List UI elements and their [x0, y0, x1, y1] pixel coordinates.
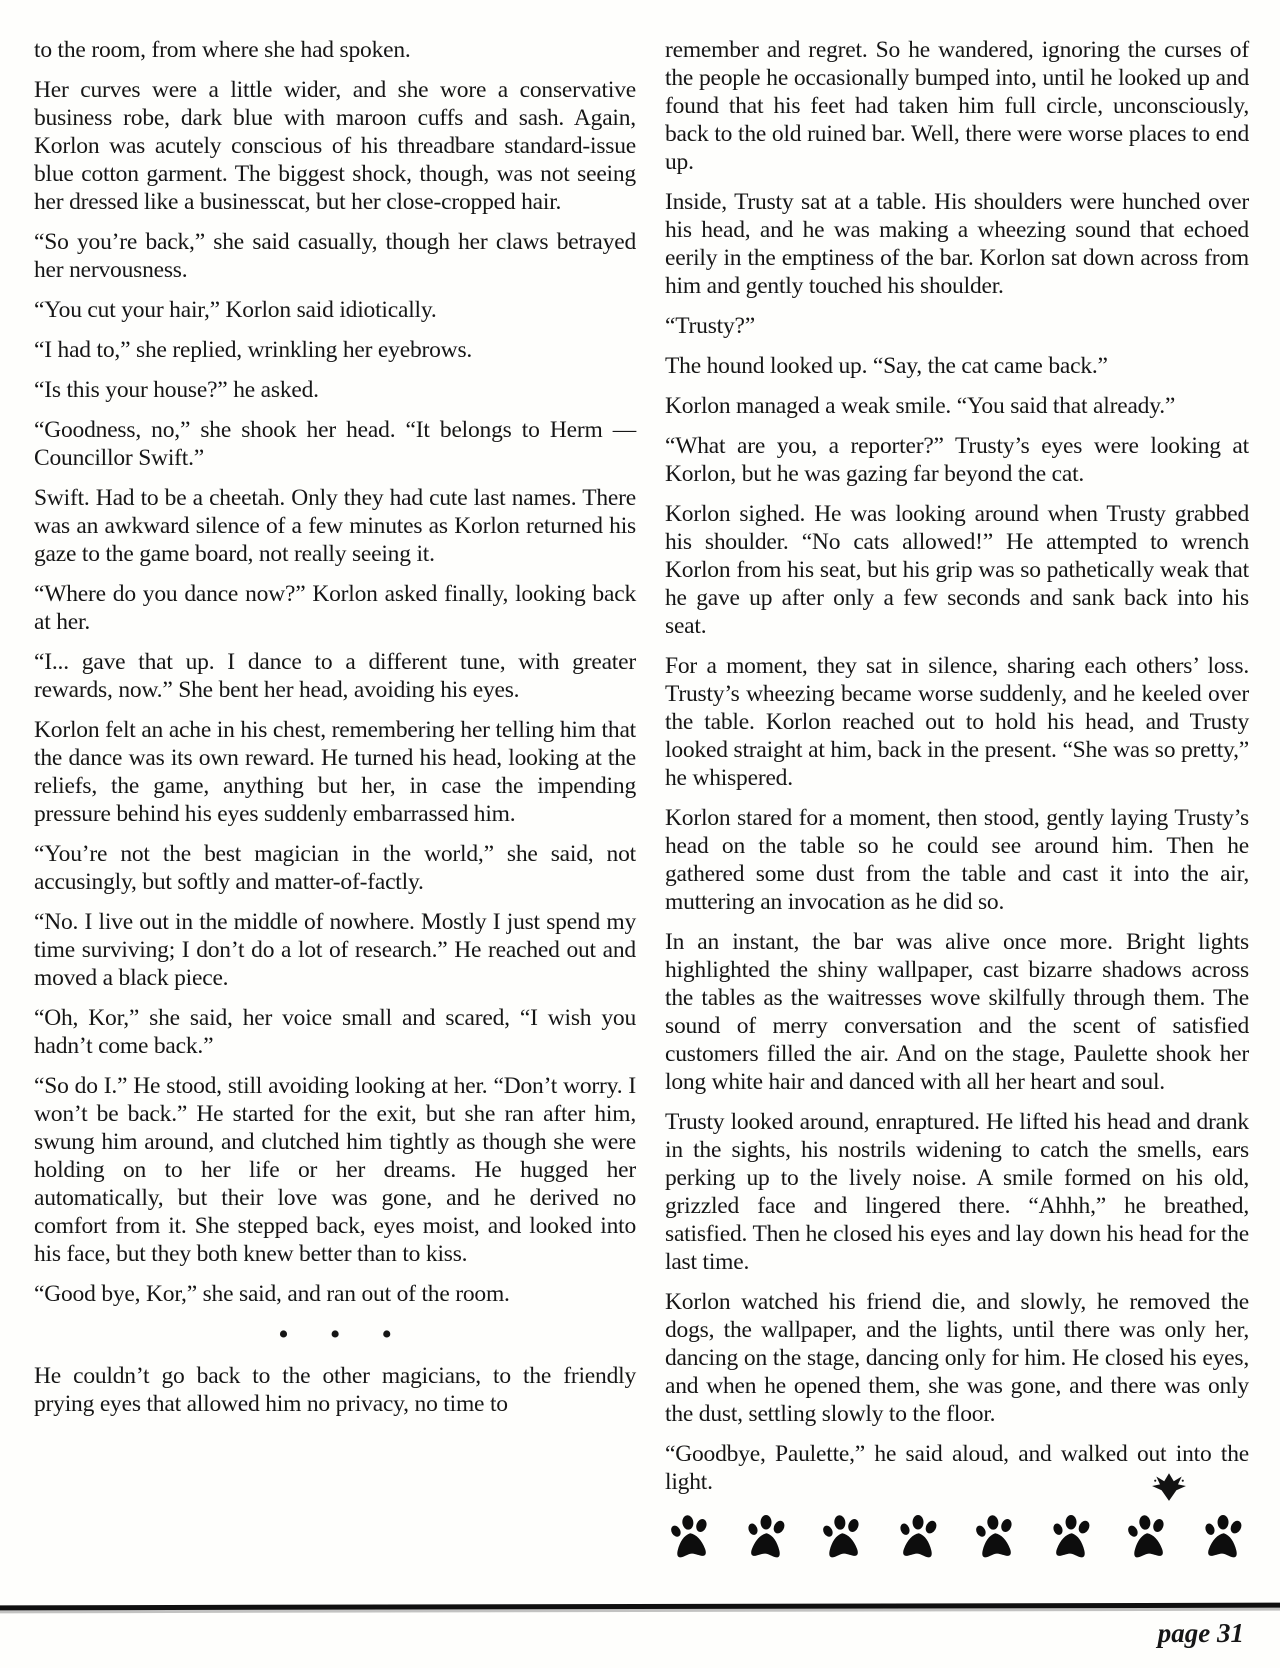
paw-print-icon — [1048, 1512, 1095, 1564]
paragraph: Korlon watched his friend die, and slowl… — [665, 1288, 1249, 1428]
paragraph: “Good bye, Kor,” she said, and ran out o… — [34, 1280, 636, 1308]
paragraph: “Goodness, no,” she shook her head. “It … — [34, 416, 636, 472]
right-column: remember and regret. So he wandered, ign… — [665, 36, 1249, 1564]
right-column-paragraphs: remember and regret. So he wandered, ign… — [665, 36, 1249, 1428]
paragraph: “So do I.” He stood, still avoiding look… — [34, 1072, 636, 1268]
paragraph: “Oh, Kor,” she said, her voice small and… — [34, 1004, 636, 1060]
paw-print-icon — [667, 1512, 714, 1564]
paragraph: “No. I live out in the middle of nowhere… — [34, 908, 636, 992]
paw-print-icon — [972, 1512, 1019, 1564]
paragraph: “I had to,” she replied, wrinkling her e… — [34, 336, 636, 364]
paw-print-icon — [1124, 1512, 1171, 1564]
paragraph: Inside, Trusty sat at a table. His shoul… — [665, 188, 1249, 300]
paw-print-icon — [819, 1512, 866, 1564]
paragraph: Trusty looked around, enraptured. He lif… — [665, 1108, 1249, 1276]
paragraph: Swift. Had to be a cheetah. Only they ha… — [34, 484, 636, 568]
section-separator-dots: • • • — [34, 1320, 636, 1350]
paragraph: “You cut your hair,” Korlon said idiotic… — [34, 296, 636, 324]
paragraph: “Where do you dance now?” Korlon asked f… — [34, 580, 636, 636]
paragraph: “You’re not the best magician in the wor… — [34, 840, 636, 896]
paragraph: Korlon felt an ache in his chest, rememb… — [34, 716, 636, 828]
footer-rule — [0, 1603, 1280, 1611]
paragraph: Korlon managed a weak smile. “You said t… — [665, 392, 1249, 420]
page-number: page 31 — [1158, 1618, 1244, 1649]
bat-end-mark-icon — [1151, 1470, 1187, 1502]
paragraph: The hound looked up. “Say, the cat came … — [665, 352, 1249, 380]
paragraph: “I... gave that up. I dance to a differe… — [34, 648, 636, 704]
paragraph: to the room, from where she had spoken. — [34, 36, 636, 64]
paw-print-icon — [1200, 1512, 1247, 1564]
paragraph: For a moment, they sat in silence, shari… — [665, 652, 1249, 792]
final-paragraph-row: “Goodbye, Paulette,” he said aloud, and … — [665, 1440, 1249, 1496]
text-columns: to the room, from where she had spoken.H… — [0, 0, 1280, 1564]
paragraph: Korlon stared for a moment, then stood, … — [665, 804, 1249, 916]
paragraph: Her curves were a little wider, and she … — [34, 76, 636, 216]
paragraph: “What are you, a reporter?” Trusty’s eye… — [665, 432, 1249, 488]
paw-print-icon — [743, 1512, 790, 1564]
scanned-story-page: to the room, from where she had spoken.H… — [0, 0, 1280, 1668]
paragraph: In an instant, the bar was alive once mo… — [665, 928, 1249, 1096]
left-column-paragraphs: to the room, from where she had spoken.H… — [34, 36, 636, 1308]
paw-print-row — [665, 1512, 1249, 1564]
paragraph: He couldn’t go back to the other magicia… — [34, 1362, 636, 1418]
paw-print-icon — [895, 1512, 942, 1564]
paragraph: “So you’re back,” she said casually, tho… — [34, 228, 636, 284]
paragraph: “Trusty?” — [665, 312, 1249, 340]
paragraph: remember and regret. So he wandered, ign… — [665, 36, 1249, 176]
paragraph: “Is this your house?” he asked. — [34, 376, 636, 404]
left-column: to the room, from where she had spoken.H… — [34, 36, 636, 1564]
paragraph: Korlon sighed. He was looking around whe… — [665, 500, 1249, 640]
